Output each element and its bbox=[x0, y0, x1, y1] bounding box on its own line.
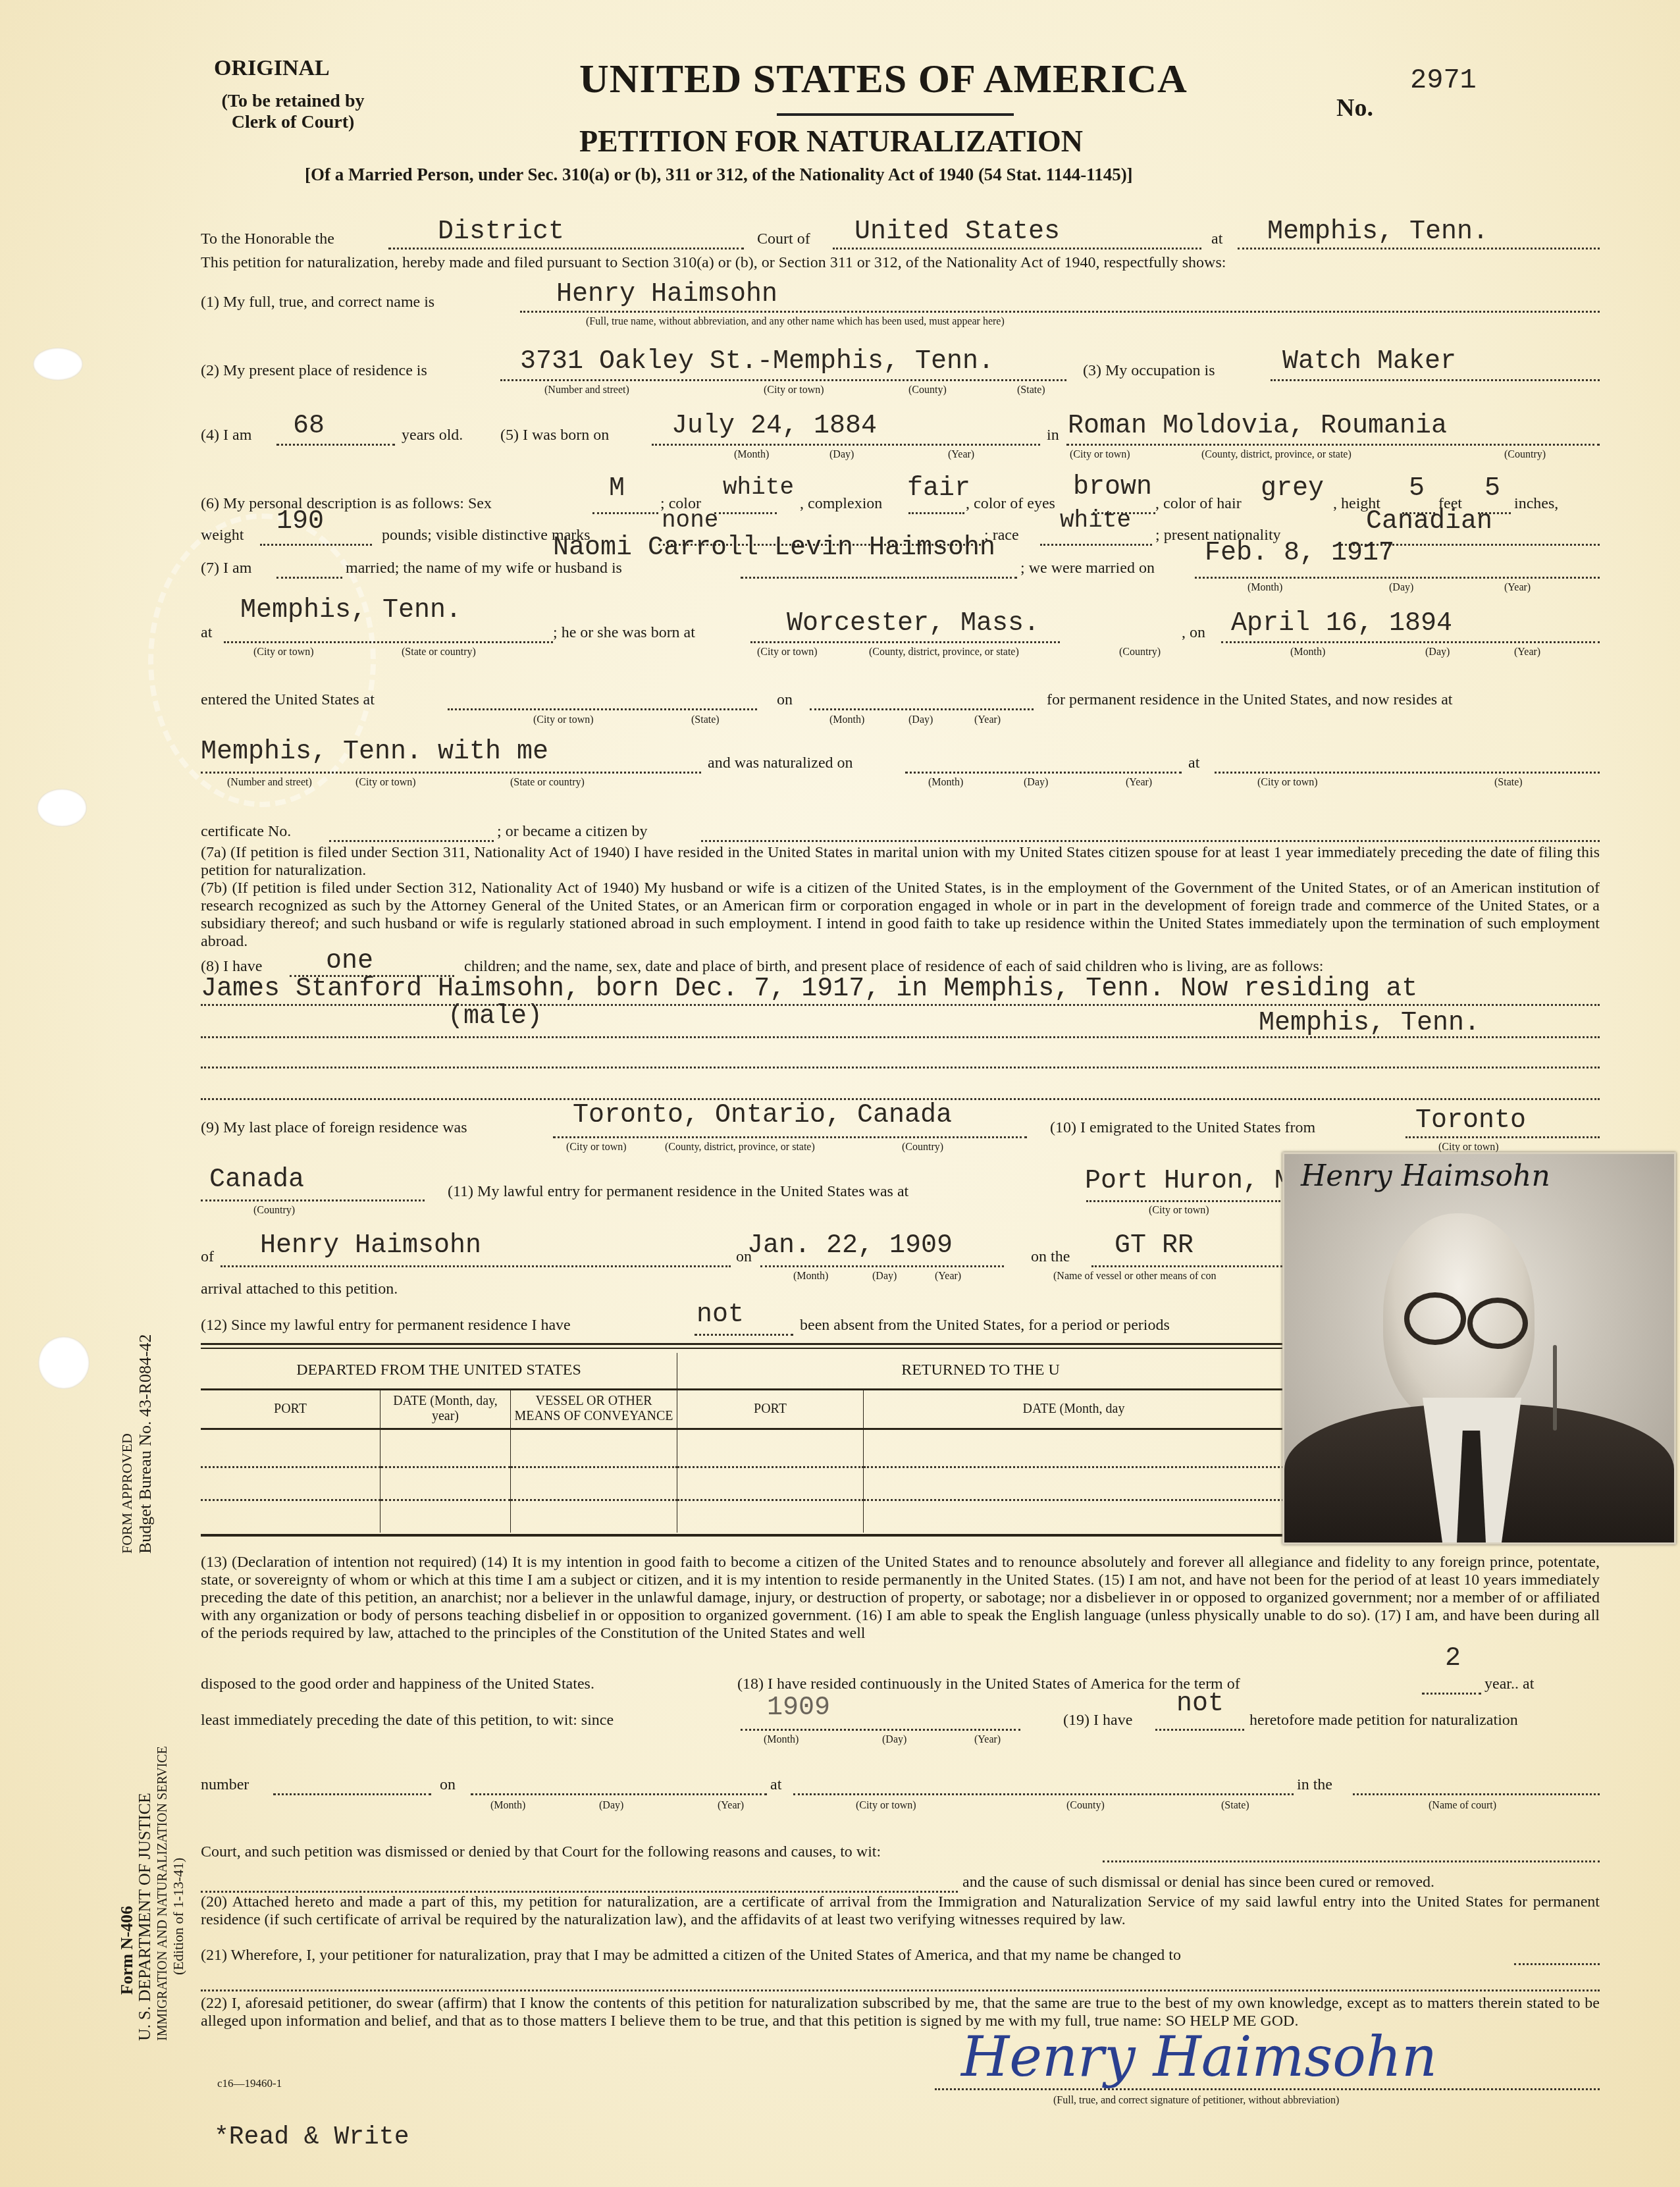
document-subheading: [Of a Married Person, under Sec. 310(a) … bbox=[305, 165, 1133, 185]
hair-value: grey bbox=[1261, 474, 1324, 504]
item19-reasons-line-2 bbox=[201, 1891, 958, 1893]
table-cell bbox=[677, 1500, 864, 1533]
item1-label: (1) My full, true, and correct name is bbox=[201, 294, 434, 311]
entry-name-value: Henry Haimsohn bbox=[260, 1231, 481, 1261]
married-hint-day: (Day) bbox=[1389, 582, 1413, 594]
item3-line bbox=[1271, 379, 1600, 381]
married-at-label: at bbox=[201, 624, 212, 642]
item11-date-line bbox=[760, 1265, 1004, 1267]
age-value: 68 bbox=[293, 411, 325, 441]
item11-hint-year: (Year) bbox=[935, 1271, 961, 1282]
item9-hint-province: (County, district, province, or state) bbox=[665, 1142, 815, 1153]
resides-label: for permanent residence in the United St… bbox=[1047, 691, 1452, 709]
item19-in-the-label: in the bbox=[1297, 1776, 1332, 1794]
weight-label: weight bbox=[201, 527, 244, 544]
table-cell bbox=[864, 1429, 1284, 1467]
item19-hint-city: (City or town) bbox=[856, 1800, 916, 1812]
petitioner-signature: Henry Haimsohn bbox=[961, 2024, 1437, 2089]
absent-value: not bbox=[696, 1300, 744, 1330]
item18-hint-day: (Day) bbox=[882, 1734, 906, 1746]
spouse-born-on-hint-day: (Day) bbox=[1425, 646, 1450, 658]
naturalized-hint-year: (Year) bbox=[1126, 777, 1152, 789]
item19-court-text: Court, and such petition was dismissed o… bbox=[201, 1843, 881, 1861]
item5-hint-city: (City or town) bbox=[1070, 449, 1130, 461]
read-write-note: *Read & Write bbox=[214, 2123, 409, 2151]
item5-date-line bbox=[652, 444, 1040, 446]
table-column-header: PORT DATE (Month, day, year) VESSEL OR O… bbox=[201, 1389, 1284, 1429]
entered-hint-month: (Month) bbox=[829, 714, 864, 726]
spouse-born-hint-city: (City or town) bbox=[757, 646, 818, 658]
item8-label: (8) I have bbox=[201, 958, 262, 976]
spouse-name-value: Naomi Carroll Levin Haimsohn bbox=[553, 533, 995, 563]
item19-hint-state: (State) bbox=[1221, 1800, 1249, 1812]
spouse-born-on-hint-year: (Year) bbox=[1514, 646, 1540, 658]
child-residence-value: Memphis, Tenn. bbox=[1259, 1009, 1480, 1038]
weight-line bbox=[260, 544, 372, 546]
married-on-line bbox=[1195, 577, 1600, 579]
col-port-departed: PORT bbox=[201, 1389, 381, 1429]
item4-suffix: years old. bbox=[402, 427, 463, 444]
spouse-born-on-line bbox=[1221, 641, 1600, 643]
residence-years-value: 2 bbox=[1445, 1644, 1461, 1673]
marks-value: none bbox=[662, 507, 718, 534]
table-cell bbox=[511, 1467, 677, 1500]
entered-hint-city: (City or town) bbox=[533, 714, 594, 726]
photo-glasses-left bbox=[1404, 1292, 1466, 1345]
entered-label: entered the United States at bbox=[201, 691, 375, 709]
item12-label: (12) Since my lawful entry for permanent… bbox=[201, 1317, 571, 1334]
photo-caption-signature: Henry Haimsohn bbox=[1301, 1159, 1550, 1193]
item19-hint-month: (Month) bbox=[490, 1800, 525, 1812]
citizen-by-label: ; or became a citizen by bbox=[497, 823, 648, 841]
item1-line bbox=[520, 311, 1600, 313]
item18-hint-month: (Month) bbox=[764, 1734, 799, 1746]
item5-hint-year: (Year) bbox=[948, 449, 974, 461]
court-at-label: at bbox=[1211, 230, 1222, 248]
item19-hint-court: (Name of court) bbox=[1429, 1800, 1496, 1812]
race-value: white bbox=[1060, 507, 1131, 534]
color-value: white bbox=[723, 474, 794, 501]
item18-prefix: disposed to the good order and happiness… bbox=[201, 1675, 594, 1693]
spouse-born-at-value: Worcester, Mass. bbox=[787, 609, 1039, 639]
item11-vessel-line bbox=[1091, 1265, 1282, 1267]
petition-intro: This petition for naturalization, hereby… bbox=[201, 254, 1226, 272]
complexion-line bbox=[908, 512, 964, 514]
naturalized-hint-city: (City or town) bbox=[1257, 777, 1318, 789]
item9-hint-city: (City or town) bbox=[566, 1142, 627, 1153]
item18-label: (18) I have resided continuously in the … bbox=[737, 1675, 1240, 1693]
naturalized-hint-day: (Day) bbox=[1024, 777, 1048, 789]
col-date-returned: DATE (Month, day bbox=[864, 1389, 1284, 1429]
entered-on-label: on bbox=[777, 691, 793, 709]
eyes-label: , color of eyes bbox=[966, 495, 1055, 513]
spouse-born-on-value: April 16, 1894 bbox=[1231, 609, 1452, 639]
entry-port-value: Port Huron, M bbox=[1085, 1167, 1290, 1196]
table-row bbox=[201, 1429, 1284, 1467]
certificate-label: certificate No. bbox=[201, 823, 291, 841]
item11-on-the-label: on the bbox=[1031, 1248, 1070, 1266]
table-cell bbox=[381, 1500, 511, 1533]
item3-label: (3) My occupation is bbox=[1083, 362, 1215, 380]
name-change-line bbox=[1514, 1963, 1600, 1965]
item1-hint: (Full, true name, without abbreviation, … bbox=[586, 316, 1005, 328]
punch-hole-bottom bbox=[38, 1336, 90, 1389]
to-honorable-label: To the Honorable the bbox=[201, 230, 334, 248]
item18-since-line bbox=[741, 1729, 1020, 1731]
item9-hint-country: (Country) bbox=[902, 1142, 943, 1153]
name-change-line-2 bbox=[201, 1989, 1600, 1991]
title-rule bbox=[777, 113, 1014, 116]
child-dotted-4 bbox=[201, 1098, 1600, 1100]
spouse-born-hint-province: (County, district, province, or state) bbox=[869, 646, 1019, 658]
retained-line-2: Clerk of Court) bbox=[188, 112, 398, 133]
item19-label: (19) I have bbox=[1063, 1712, 1132, 1729]
item4-label: (4) I am bbox=[201, 427, 251, 444]
item11-hint-day: (Day) bbox=[872, 1271, 897, 1282]
spouse-born-on-hint-month: (Month) bbox=[1290, 646, 1325, 658]
spouse-born-label: ; he or she was born at bbox=[553, 624, 695, 642]
item19-cured-text: and the cause of such dismissal or denia… bbox=[962, 1874, 1434, 1891]
item10-label: (10) I emigrated to the United States fr… bbox=[1050, 1119, 1315, 1137]
department-label: U. S. DEPARTMENT OF JUSTICE bbox=[136, 1793, 153, 2041]
table-cell bbox=[201, 1500, 381, 1533]
married-status-line bbox=[276, 577, 342, 579]
residence-since-value: 1909 bbox=[767, 1693, 830, 1723]
item19-on-line bbox=[471, 1793, 767, 1795]
item11-hint-month: (Month) bbox=[793, 1271, 828, 1282]
table-cell bbox=[201, 1429, 381, 1467]
resides-hint-city: (City or town) bbox=[355, 777, 416, 789]
document-subtitle: PETITION FOR NATURALIZATION bbox=[579, 124, 1083, 159]
document-title: UNITED STATES OF AMERICA bbox=[579, 56, 1188, 103]
entered-line bbox=[448, 708, 757, 710]
entry-vessel-value: GT RR bbox=[1115, 1231, 1194, 1261]
prior-petition-value: not bbox=[1176, 1689, 1224, 1719]
nationality-value: Canadian bbox=[1366, 507, 1492, 537]
paragraph-20: (20) Attached hereto and made a part of … bbox=[201, 1893, 1600, 1929]
emigrated-city-value: Toronto bbox=[1415, 1106, 1526, 1136]
item11-label: (11) My lawful entry for permanent resid… bbox=[448, 1183, 908, 1201]
paragraph-13-17: (13) (Declaration of intention not requi… bbox=[201, 1554, 1600, 1643]
married-at-line bbox=[224, 641, 553, 643]
resides-hint-state: (State or country) bbox=[510, 777, 585, 789]
occupation-value: Watch Maker bbox=[1282, 347, 1456, 377]
punch-hole-middle bbox=[37, 789, 87, 827]
court-of-value: United States bbox=[854, 217, 1060, 247]
item5-hint-country: (Country) bbox=[1504, 449, 1546, 461]
item19-number-line bbox=[273, 1793, 431, 1795]
table-cell bbox=[677, 1467, 864, 1500]
table-cell bbox=[381, 1429, 511, 1467]
entered-hint-state: (State) bbox=[691, 714, 720, 726]
child-dotted-1 bbox=[201, 1004, 1600, 1006]
item19-number-label: number bbox=[201, 1776, 249, 1794]
court-of-line bbox=[833, 248, 1201, 250]
item18-year-label: year.. at bbox=[1484, 1675, 1534, 1693]
spouse-born-line bbox=[750, 641, 1060, 643]
table-cell bbox=[511, 1500, 677, 1533]
height-inches-value: 5 bbox=[1484, 474, 1500, 504]
col-port-returned: PORT bbox=[677, 1389, 864, 1429]
child-line-1: James Stanford Haimsohn, born Dec. 7, 19… bbox=[201, 974, 1417, 1004]
paragraph-7a: (7a) (If petition is filed under Section… bbox=[201, 844, 1600, 880]
children-count-value: one bbox=[326, 947, 373, 976]
punch-hole-top bbox=[33, 348, 83, 381]
item18-hint-year: (Year) bbox=[974, 1734, 1001, 1746]
married-hint-month: (Month) bbox=[1247, 582, 1282, 594]
staple-icon bbox=[1553, 1345, 1557, 1431]
naturalized-hint-month: (Month) bbox=[928, 777, 963, 789]
item19-hint-county: (County) bbox=[1066, 1800, 1105, 1812]
item4-line bbox=[276, 444, 395, 446]
item19-on-label: on bbox=[440, 1776, 456, 1794]
original-label: ORIGINAL bbox=[214, 56, 330, 81]
retained-line-1: (To be retained by bbox=[188, 91, 398, 112]
item2-hint-state: (State) bbox=[1017, 384, 1045, 396]
naturalized-label: and was naturalized on bbox=[708, 754, 853, 772]
item18-years-line bbox=[1422, 1693, 1481, 1695]
table-cell bbox=[864, 1467, 1284, 1500]
birth-place-value: Roman Moldovia, Roumania bbox=[1068, 411, 1447, 441]
table-cell bbox=[511, 1429, 677, 1467]
court-type-value: District bbox=[438, 217, 564, 247]
married-on-value: Feb. 8, 1917 bbox=[1205, 539, 1394, 568]
naturalized-at-label: at bbox=[1188, 754, 1199, 772]
item2-hint-street: (Number and street) bbox=[544, 384, 629, 396]
item12-rest: been absent from the United States, for … bbox=[800, 1317, 1170, 1334]
spouse-born-on-label: , on bbox=[1182, 624, 1205, 642]
spouse-line bbox=[741, 577, 1017, 579]
table-row bbox=[201, 1500, 1284, 1533]
child-dotted-3 bbox=[201, 1067, 1600, 1068]
eyes-value: brown bbox=[1073, 473, 1152, 502]
full-name-value: Henry Haimsohn bbox=[556, 280, 777, 309]
hair-label: , color of hair bbox=[1155, 495, 1242, 513]
item11-port-line bbox=[1086, 1200, 1280, 1202]
married-at-hint-state: (State or country) bbox=[402, 646, 476, 658]
item7-married-label: married; the name of my wife or husband … bbox=[346, 560, 622, 577]
court-of-label: Court of bbox=[757, 230, 810, 248]
service-label: IMMIGRATION AND NATURALIZATION SERVICE bbox=[154, 1746, 171, 2041]
paragraph-21: (21) Wherefore, I, your petitioner for n… bbox=[201, 1947, 1511, 1964]
item5-hint-day: (Day) bbox=[829, 449, 854, 461]
resides-hint-street: (Number and street) bbox=[227, 777, 312, 789]
married-on-label: ; we were married on bbox=[1020, 560, 1155, 577]
item2-hint-city: (City or town) bbox=[764, 384, 824, 396]
petition-number: 2971 bbox=[1410, 65, 1477, 96]
item9-line bbox=[553, 1136, 1027, 1138]
citizen-by-line bbox=[701, 840, 1600, 842]
photo-glasses-right bbox=[1467, 1298, 1528, 1349]
item19-at-line bbox=[793, 1793, 1294, 1795]
item5-label: (5) I was born on bbox=[500, 427, 609, 444]
table-group-header: DEPARTED FROM THE UNITED STATES RETURNED… bbox=[201, 1353, 1284, 1389]
item10-country-line bbox=[201, 1199, 425, 1201]
item9-label: (9) My last place of foreign residence w… bbox=[201, 1119, 467, 1137]
residence-value: 3731 Oakley St.-Memphis, Tenn. bbox=[520, 347, 994, 377]
item19-hint-day: (Day) bbox=[599, 1800, 623, 1812]
print-code: c16—19460-1 bbox=[217, 2077, 282, 2090]
absence-table: DEPARTED FROM THE UNITED STATES RETURNED… bbox=[201, 1353, 1284, 1533]
sex-line bbox=[592, 512, 658, 514]
table-cell bbox=[864, 1500, 1284, 1533]
naturalized-on-line bbox=[905, 772, 1182, 774]
court-location-value: Memphis, Tenn. bbox=[1267, 217, 1488, 247]
signature-hint: (Full, true, and correct signature of pe… bbox=[1053, 2095, 1339, 2107]
returned-header: RETURNED TO THE U bbox=[677, 1353, 1284, 1389]
resides-line bbox=[201, 772, 701, 774]
table-cell bbox=[201, 1467, 381, 1500]
item19-line bbox=[1155, 1729, 1244, 1731]
entered-hint-day: (Day) bbox=[908, 714, 933, 726]
color-line bbox=[714, 512, 777, 514]
item19-court-line bbox=[1353, 1793, 1600, 1795]
table-cell bbox=[381, 1467, 511, 1500]
entry-date-value: Jan. 22, 1909 bbox=[747, 1231, 953, 1261]
item5-in-label: in bbox=[1047, 427, 1059, 444]
item10-country-hint: (Country) bbox=[253, 1205, 295, 1217]
item11-port-hint: (City or town) bbox=[1149, 1205, 1209, 1217]
item7-label: (7) I am bbox=[201, 560, 251, 577]
race-line bbox=[1040, 544, 1152, 546]
court-type-line bbox=[388, 248, 744, 250]
item11-name-line bbox=[221, 1265, 731, 1267]
court-location-line bbox=[1238, 248, 1600, 250]
foreign-residence-value: Toronto, Ontario, Canada bbox=[573, 1101, 952, 1130]
petitioner-photo: Henry Haimsohn bbox=[1282, 1152, 1676, 1544]
resides-value: Memphis, Tenn. with me bbox=[201, 737, 548, 767]
table-row bbox=[201, 1467, 1284, 1500]
number-label: No. bbox=[1336, 93, 1373, 122]
signature-line bbox=[935, 2088, 1600, 2090]
item6-label: (6) My personal description is as follow… bbox=[201, 495, 492, 513]
item2-hint-county: (County) bbox=[908, 384, 947, 396]
arrival-attached: arrival attached to this petition. bbox=[201, 1280, 398, 1298]
item5-hint-province: (County, district, province, or state) bbox=[1201, 449, 1352, 461]
item19-hint-year: (Year) bbox=[718, 1800, 744, 1812]
retained-note: (To be retained by Clerk of Court) bbox=[188, 91, 398, 133]
complexion-label: , complexion bbox=[800, 495, 882, 513]
table-top-rule bbox=[201, 1343, 1284, 1349]
married-hint-year: (Year) bbox=[1504, 582, 1531, 594]
col-date-departed: DATE (Month, day, year) bbox=[381, 1389, 511, 1429]
married-at-hint-city: (City or town) bbox=[253, 646, 314, 658]
item19-reasons-line bbox=[1103, 1860, 1600, 1862]
item11-vessel-hint: (Name of vessel or other means of con bbox=[1053, 1271, 1216, 1282]
birth-date-value: July 24, 1884 bbox=[671, 411, 877, 441]
budget-bureau-label: Budget Bureau No. 43-R084-42 bbox=[137, 1334, 154, 1554]
form-number-label: Form N-406 bbox=[118, 1906, 136, 1995]
col-vessel-departed: VESSEL OR OTHER MEANS OF CONVEYANCE bbox=[511, 1389, 677, 1429]
item12-line bbox=[695, 1334, 793, 1336]
child-dotted-2 bbox=[201, 1036, 1600, 1038]
complexion-value: fair bbox=[907, 474, 970, 504]
item5-place-line bbox=[1066, 444, 1600, 446]
weight-value: 190 bbox=[276, 507, 324, 537]
item5-hint-month: (Month) bbox=[734, 449, 769, 461]
inches-label: inches, bbox=[1514, 495, 1558, 513]
table-bottom-rule bbox=[201, 1534, 1284, 1537]
naturalized-at-line bbox=[1215, 772, 1600, 774]
item10-city-line bbox=[1405, 1136, 1600, 1138]
departed-header: DEPARTED FROM THE UNITED STATES bbox=[201, 1353, 677, 1389]
naturalized-hint-state: (State) bbox=[1494, 777, 1523, 789]
item8-rest: children; and the name, sex, date and pl… bbox=[464, 958, 1324, 976]
item19-at-label: at bbox=[770, 1776, 781, 1794]
sex-value: M bbox=[609, 474, 625, 504]
paragraph-7b: (7b) (If petition is filed under Section… bbox=[201, 880, 1600, 951]
entered-hint-year: (Year) bbox=[974, 714, 1001, 726]
form-approved-label: FORM APPROVED bbox=[118, 1433, 136, 1554]
edition-label: (Edition of 1-13-41) bbox=[170, 1858, 187, 1975]
emigrated-country-value: Canada bbox=[209, 1165, 304, 1195]
married-at-value: Memphis, Tenn. bbox=[240, 596, 461, 625]
item11-of-label: of bbox=[201, 1248, 214, 1266]
certificate-line bbox=[329, 840, 494, 842]
item2-label: (2) My present place of residence is bbox=[201, 362, 427, 380]
spouse-born-hint-country: (Country) bbox=[1119, 646, 1161, 658]
item2-line bbox=[500, 379, 1066, 381]
item19-rest: heretofore made petition for naturalizat… bbox=[1249, 1712, 1518, 1729]
child-sex-value: (male) bbox=[448, 1002, 542, 1032]
entered-on-line bbox=[810, 708, 1034, 710]
item18-since-label: least immediately preceding the date of … bbox=[201, 1712, 614, 1729]
height-feet-value: 5 bbox=[1409, 474, 1425, 504]
table-cell bbox=[677, 1429, 864, 1467]
